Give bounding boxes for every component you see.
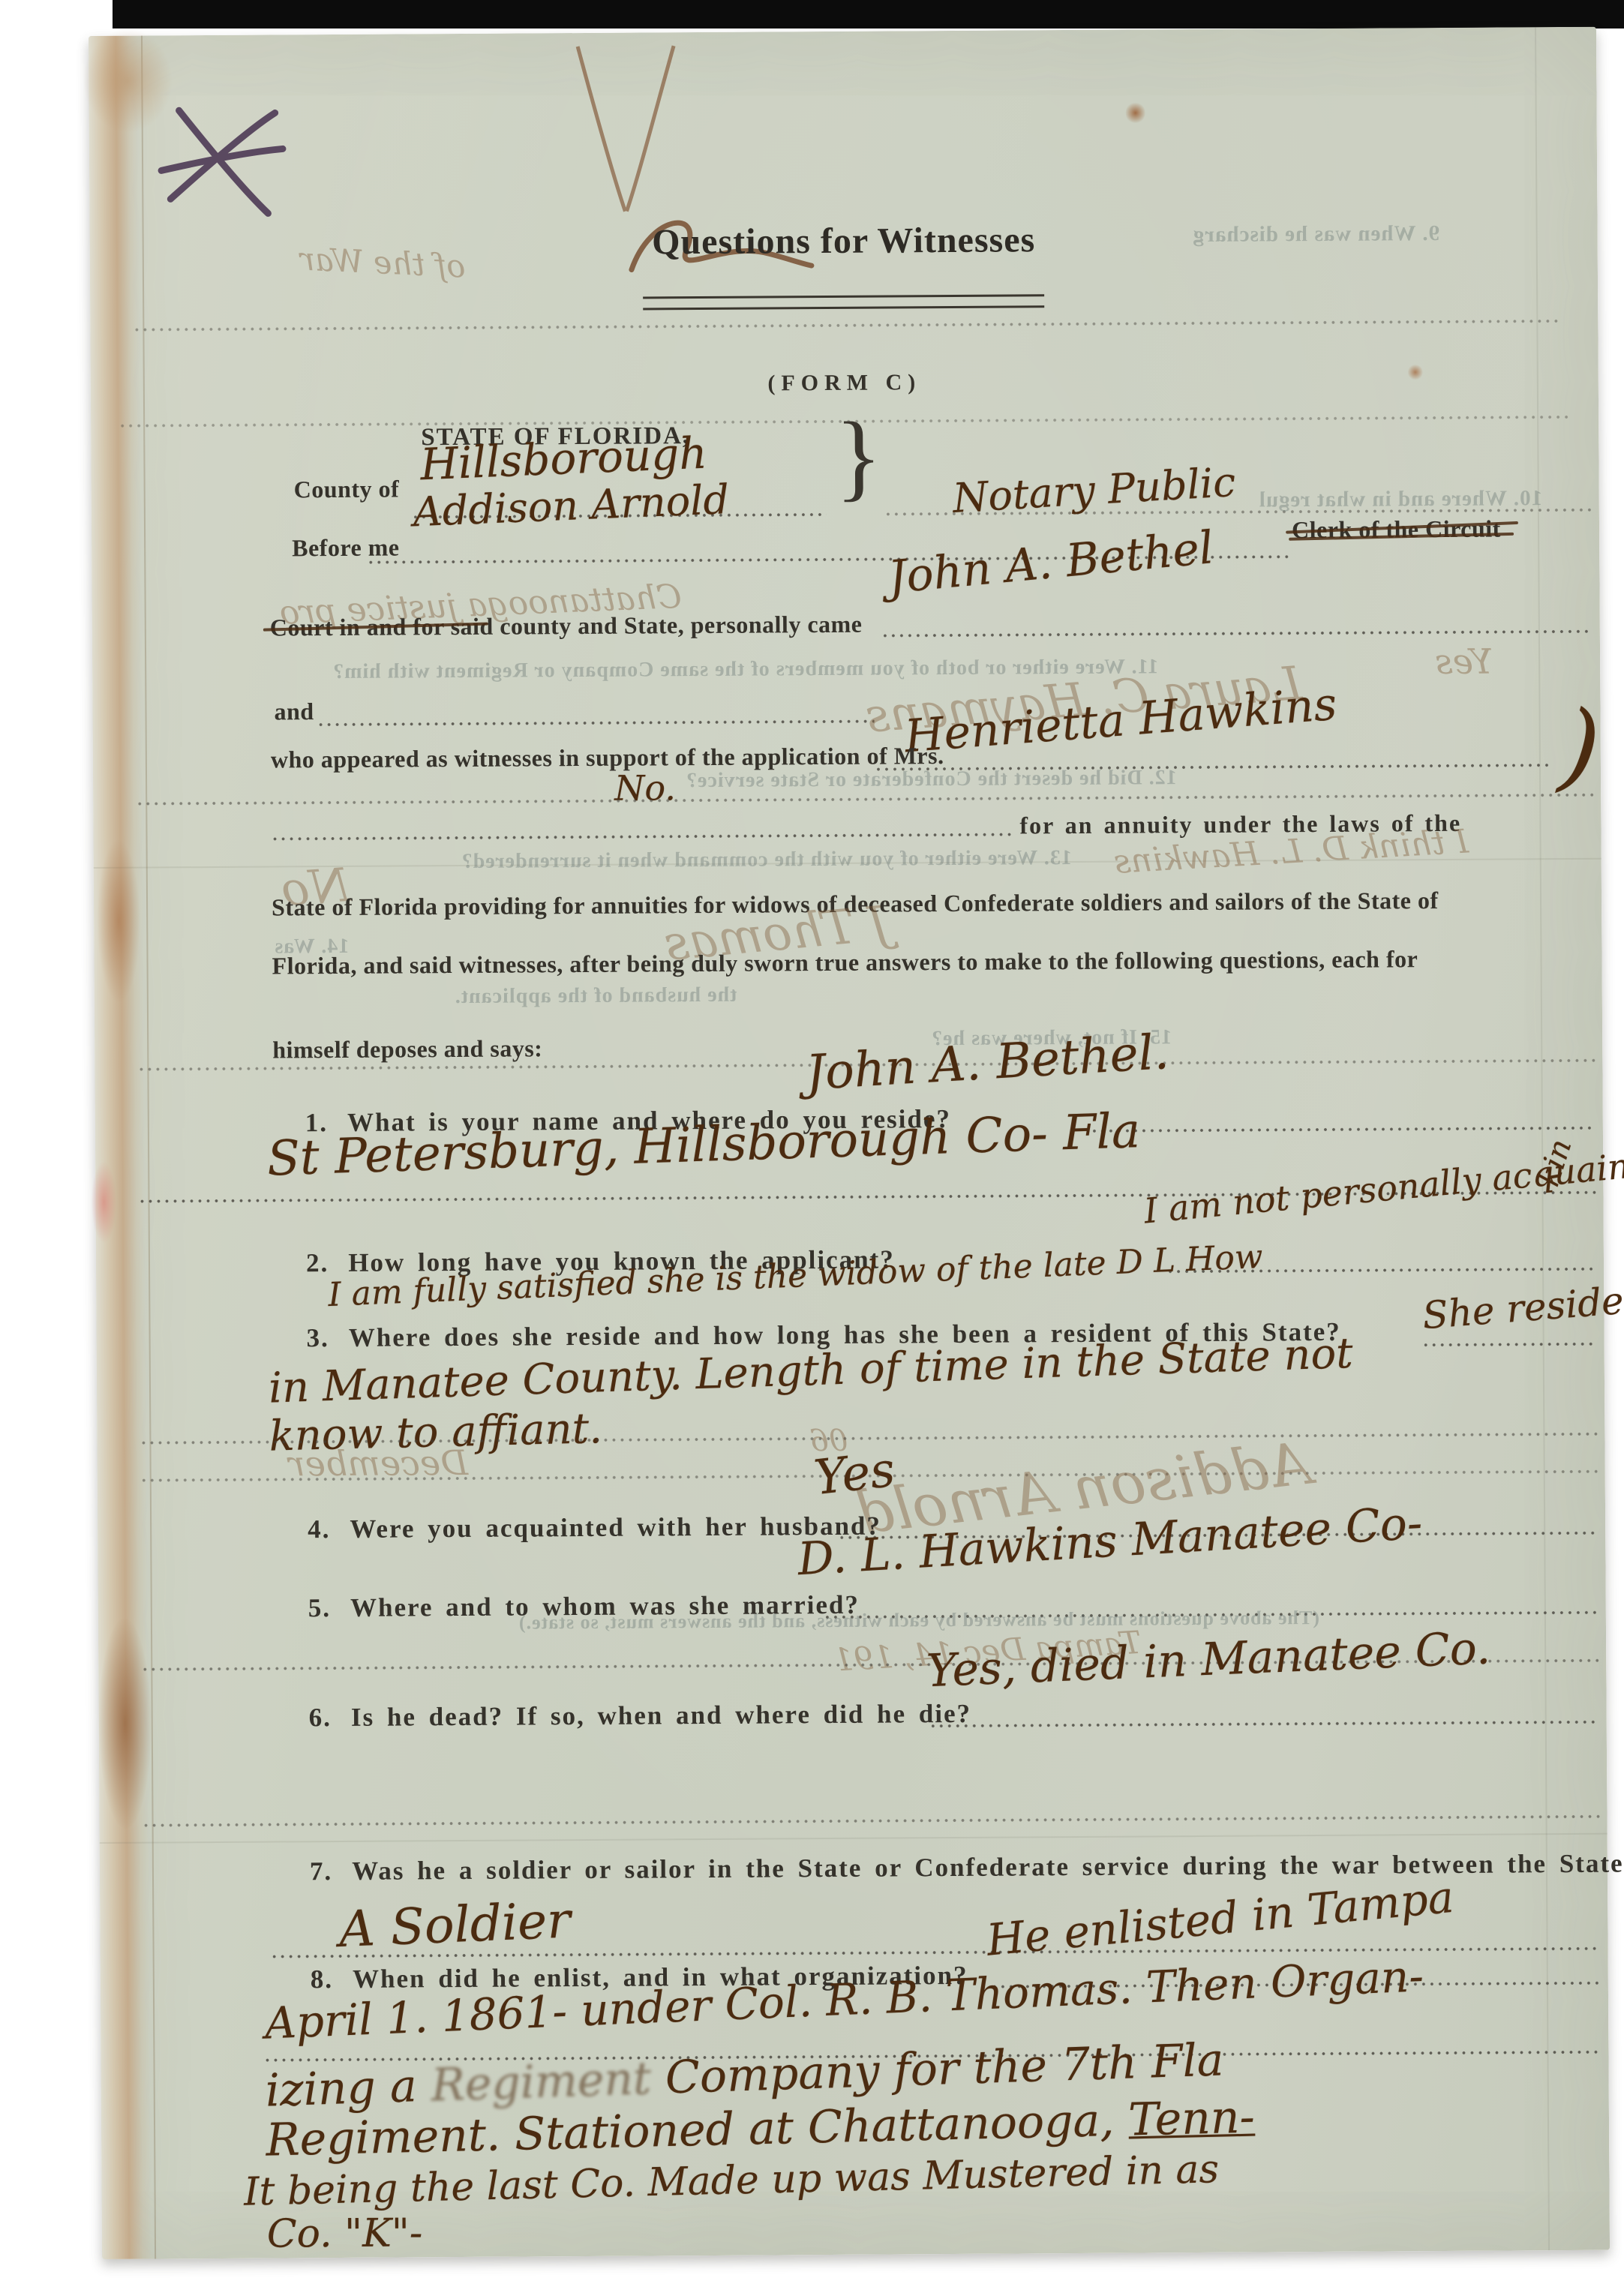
dotted-rule [274,833,1016,840]
q8-number: 8. [311,1964,333,1994]
q3-answer-lead: She resides [1421,1277,1624,1337]
bleedthrough-q12: 12. Did he desert the Confederate or Sta… [686,766,1177,793]
q5-number: 5. [308,1593,331,1623]
edge-stain-pink [91,1161,117,1244]
dotted-rule [138,794,1593,806]
law-line-3: himself deposes and says: [272,1034,542,1064]
title-double-rule [643,294,1044,310]
q6-number: 6. [309,1703,332,1733]
q1-answer-name: John A. Bethel. [804,1025,1170,1101]
and-label: and [274,698,314,725]
form-paper: Questions for Witnesses (FORM C) 9. When… [89,27,1610,2259]
q2-number: 2. [306,1248,329,1278]
bleedthrough-note: (The above questions must be answered by… [518,1607,1319,1634]
scanned-document-page: Questions for Witnesses (FORM C) 9. When… [0,0,1624,2293]
dotted-rule [932,1721,1599,1727]
dotted-rule [145,1815,1600,1827]
q4-text: 4.Were you acquainted with her husband? [308,1511,881,1545]
q6-text: 6.Is he dead? If so, when and where did … [309,1699,972,1733]
scanner-black-edge [113,0,1624,29]
q3-number: 3. [306,1323,329,1353]
bleedthrough-handwriting-top: of the War [299,241,467,285]
fold-line-lower [100,1833,1607,1844]
q4-answer: Yes [812,1442,898,1506]
jurat-brace: } [835,401,883,513]
witness1-signature: John A. Bethel [886,521,1216,604]
bleedthrough-q11-answer: Yes [1435,641,1493,682]
q7-number: 7. [310,1856,332,1886]
dotted-rule [135,320,1560,332]
q7-answer: A Soldier [338,1891,572,1958]
q8-a3-struck-word: Regiment [431,2052,653,2111]
dotted-rule [884,630,1592,638]
county-label: County of [294,475,400,503]
bleedthrough-q13: 13. Were either of you with the command … [461,846,1072,874]
asterisk-mark-icon [156,77,292,227]
before-me-label: Before me [292,533,400,562]
dotted-rule [1093,1127,1595,1133]
q8-a4-underlined: Tenn- [1127,2091,1255,2147]
q4-number: 4. [308,1514,330,1544]
q8-a3-pre: izing a [265,2060,432,2117]
binding-stained-edge [89,36,152,2259]
bleedthrough-q9: 9. When was he discharg [1193,221,1440,248]
law-line-2: Florida, and said witnesses, after being… [272,945,1418,980]
form-label: (FORM C) [91,366,1598,401]
dotted-rule [320,720,875,727]
rust-spot [1126,101,1145,124]
paren-mark: ) [1556,688,1604,805]
q8-answer-line6: Co. "K"- [267,2210,423,2256]
dotted-rule [1424,1343,1597,1346]
v-stain-icon [567,43,688,224]
bleedthrough-q14b: the husband of the applicant. [455,983,737,1009]
q6-question: Is he dead? If so, when and where did he… [351,1699,971,1732]
bleedthrough-q10: 10. Where and in what regul [1259,486,1542,512]
